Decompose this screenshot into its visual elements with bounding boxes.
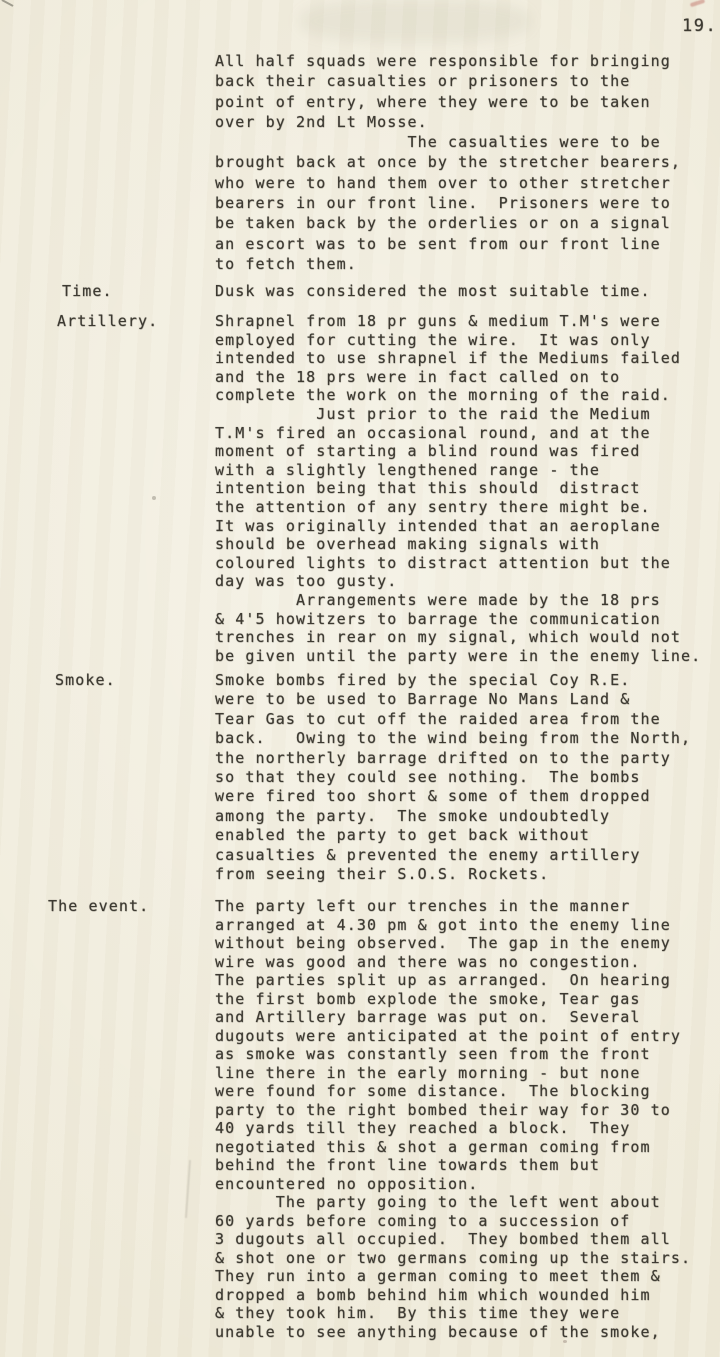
section-body: Shrapnel from 18 pr guns & medium T.M's … — [215, 312, 715, 665]
corner-scan-mark — [1, 0, 13, 7]
section-body: All half squads were responsible for bri… — [215, 51, 715, 274]
section-label: Artillery. — [57, 312, 158, 331]
bleed-through-smudge — [300, 0, 530, 42]
section-label: The event. — [48, 897, 149, 916]
red-ink-smudge — [690, 0, 706, 7]
section-body: Smoke bombs fired by the special Coy R.E… — [215, 671, 715, 884]
paper-speck — [152, 496, 156, 500]
section-body: The party left our trenches in the manne… — [215, 897, 715, 1341]
section-label: Time. — [62, 281, 113, 301]
pencil-stroke-mark — [185, 1160, 191, 1218]
section-body: Dusk was considered the most suitable ti… — [215, 281, 715, 301]
section-label: Smoke. — [55, 671, 116, 690]
document-page: 19. All half squads were responsible for… — [0, 0, 720, 1357]
page-number: 19. — [682, 16, 717, 36]
